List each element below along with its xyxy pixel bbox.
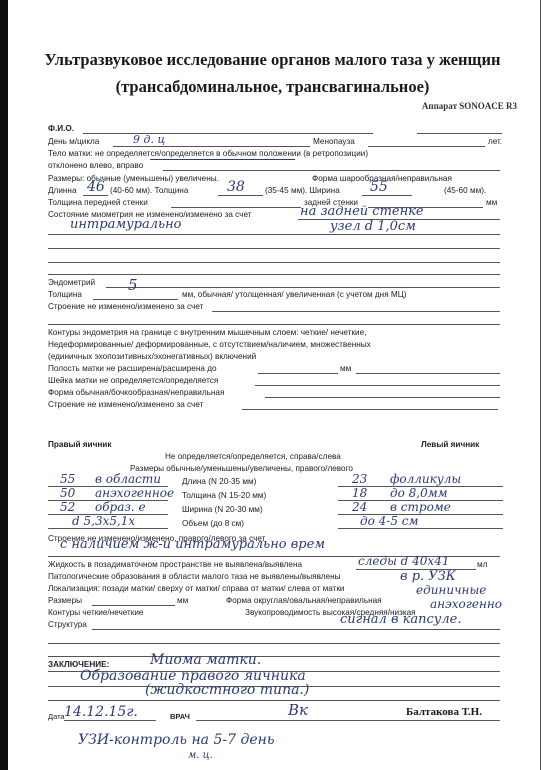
followup-note: УЗИ-контроль на 5-7 день — [78, 733, 274, 747]
endometrium-thickness-field[interactable] — [93, 299, 178, 300]
pathology-label: Патологические образования в области мал… — [48, 572, 340, 582]
length-label: Длинна — [48, 186, 77, 196]
thickness-norm: (35-45 мм). Ширина — [265, 186, 340, 196]
length-field[interactable] — [83, 195, 108, 196]
fluid-unit: мл — [477, 560, 487, 570]
left-ovary-note: до 8,0мм — [390, 487, 448, 499]
right-ovary-value: 55 — [60, 473, 75, 485]
endometrium-thickness-value: 5 — [128, 278, 138, 293]
ovary-size-text: Размеры обычные/уменьшены/увеличены, пра… — [130, 464, 353, 474]
thickness-field[interactable] — [218, 195, 263, 196]
pelvis-structure-label: Структура — [48, 620, 87, 630]
menopause-label: Менопауза — [313, 137, 355, 147]
endometrium-field[interactable] — [106, 287, 500, 288]
left-ovary-value: 24 — [352, 501, 367, 513]
cycle-day-field[interactable] — [113, 146, 310, 147]
myometrium-note-1: на задней стенке — [300, 205, 424, 218]
thickness-value: 38 — [227, 180, 245, 194]
deviation-field[interactable] — [163, 170, 500, 171]
myometrium-field-4[interactable] — [48, 262, 500, 263]
left-ovary-note: фолликулы — [390, 473, 461, 485]
size-text: Размеры: обычные (уменьшены) увеличены. — [48, 174, 219, 184]
endometrium-label: Эндометрий — [48, 278, 95, 288]
document-subtitle: (трансабдоминальное, трансвагинальное) — [0, 77, 545, 97]
date-field[interactable] — [64, 720, 156, 721]
length-norm: (40-60 мм). Толщина — [110, 186, 188, 196]
endometrium-thickness-suffix: мм, обычная/ утолщенная/ увеличенная (с … — [182, 290, 407, 300]
structure2-label: Строение не изменено/изменено за счет — [48, 400, 203, 410]
right-ovary-note: анэхогенное — [95, 487, 174, 499]
length-value: 46 — [87, 180, 105, 194]
fio-label: Ф.И.О. — [48, 124, 74, 134]
fio-extra-field[interactable] — [417, 133, 502, 134]
contours-line-2: Недеформированные/ деформированные, с от… — [48, 340, 371, 350]
right-ovary-title: Правый яичник — [48, 440, 111, 450]
left-ovary-value: 18 — [352, 487, 367, 499]
localization-note: единичные — [416, 584, 486, 596]
right-ovary-note: образ. е — [95, 501, 146, 513]
cervix-field[interactable] — [255, 385, 500, 386]
ovary-measure-label: Длина (N 20-35 мм) — [182, 477, 256, 487]
underline-mark — [150, 159, 295, 160]
myometrium-note-2: интрамурально — [70, 218, 181, 231]
scan-border-left — [0, 0, 8, 770]
ovary-detect-text: Не определяется/определяется, справа/сле… — [165, 452, 341, 462]
right-ovary-value: 50 — [60, 487, 75, 499]
cavity-field[interactable] — [258, 373, 338, 374]
pathology-note: в р. УЗК — [400, 570, 456, 583]
pelvis-field-2[interactable] — [48, 643, 500, 644]
pelvis-field-3[interactable] — [48, 656, 500, 657]
pelvis-structure-field[interactable] — [92, 629, 500, 630]
doctor-label: ВРАЧ — [170, 712, 190, 722]
right-ovary-value: 52 — [60, 501, 75, 513]
front-wall-label: Толщина передней стенки — [48, 198, 148, 208]
ovary-measure-label: Объем (до 8 см) — [182, 519, 244, 529]
followup-note-2: м. ц. — [188, 751, 213, 761]
fio-field[interactable] — [83, 133, 373, 134]
right-ovary-field[interactable] — [48, 528, 168, 529]
width-value: 55 — [370, 180, 388, 194]
cervix-label: Шейка матки не определяется/определяется — [48, 376, 218, 386]
endometrium-structure-field-2[interactable] — [48, 324, 500, 325]
document-title: Ультразвуковое исследование органов мало… — [0, 50, 545, 70]
mm-unit: мм — [486, 198, 497, 208]
pelvis-shape-label: Форма округлая/овальная/неправильная — [226, 596, 382, 606]
front-wall-field[interactable] — [171, 207, 301, 208]
form-field[interactable] — [265, 397, 500, 398]
right-ovary-value: d 5,3х5,1х — [72, 515, 135, 527]
pelvis-structure-note: сигнал в капсуле. — [340, 613, 461, 626]
endometrium-structure-label: Строение не изменено/изменено за счет — [48, 302, 203, 312]
myometrium-field-2[interactable] — [48, 234, 500, 235]
myometrium-note-3: узел d 1,0см — [330, 220, 416, 233]
conclusion-line-1: Миома матки. — [150, 653, 261, 667]
myometrium-field-5[interactable] — [48, 274, 500, 275]
fluid-value: следы d 40х41 — [358, 555, 449, 567]
menopause-field[interactable] — [368, 146, 485, 147]
width-norm: (45-60 мм). — [444, 186, 486, 196]
width-field[interactable] — [362, 195, 412, 196]
conclusion-line-3: (жидкостного типа.) — [145, 683, 309, 697]
contours-line-3: (единичных эхопозитивных/эхонегативных) … — [48, 352, 256, 362]
doctor-field[interactable] — [196, 720, 500, 721]
signature: Вк — [288, 703, 308, 718]
localization-label: Локализация: позади матки/ сверху от мат… — [48, 584, 345, 594]
myometrium-field-3[interactable] — [48, 248, 500, 249]
ovary-structure-note: с наличием ж-и интрамурально врем — [60, 538, 325, 551]
contours-line-1: Контуры эндометрия на границе с внутренн… — [48, 328, 366, 338]
cavity-mm: мм — [340, 364, 351, 374]
conclusion-line-2: Образование правого яичника — [80, 669, 306, 683]
right-ovary-note: в области — [95, 473, 161, 485]
structure2-field[interactable] — [242, 409, 498, 410]
fluid-label: Жидкость в позадиматочном пространстве н… — [48, 560, 302, 570]
pelvis-contours-label: Контуры четкие/нечеткие — [48, 608, 144, 618]
sizes-label: Размеры — [48, 596, 82, 606]
endometrium-structure-field[interactable] — [212, 311, 500, 312]
cavity-label: Полость матки не расширена/расширена до — [48, 364, 217, 374]
endometrium-thickness-label: Толщина — [48, 290, 82, 300]
sizes-field[interactable] — [92, 605, 175, 606]
left-ovary-title: Левый яичник — [421, 440, 479, 450]
uterus-position-text: Тело матки: не определяется/определяется… — [48, 149, 368, 159]
sound-note: анэхогенно — [430, 598, 502, 610]
date-value: 14.12.15г. — [64, 705, 138, 719]
ovary-measure-label: Толщина (N 15-20 мм) — [182, 491, 266, 501]
date-label: Дата — [48, 712, 65, 722]
form-label: Форма обычная/бочкообразная/неправильная — [48, 388, 224, 398]
doctor-name: Балтакова Т.Н. — [406, 706, 482, 718]
scan-border-right — [540, 0, 541, 770]
conclusion-field-3[interactable] — [48, 700, 500, 701]
ovary-measure-label: Ширина (N 20-30 мм) — [182, 505, 263, 515]
cycle-day-value: 9 д. ц — [133, 134, 165, 145]
left-ovary-note: до 4-5 см — [360, 515, 418, 527]
left-ovary-note: в строме — [390, 501, 451, 513]
left-ovary-field[interactable] — [338, 528, 503, 529]
left-ovary-value: 23 — [352, 473, 367, 485]
years-label: лет. — [488, 137, 502, 147]
cavity-field-2[interactable] — [356, 373, 500, 374]
deviation-label: отклонено влево, вправо — [48, 161, 143, 171]
sizes-mm: мм — [177, 596, 188, 606]
device-label: Аппарат SONOACE R3 — [422, 101, 517, 111]
cycle-day-label: День м/цикла — [48, 137, 99, 147]
